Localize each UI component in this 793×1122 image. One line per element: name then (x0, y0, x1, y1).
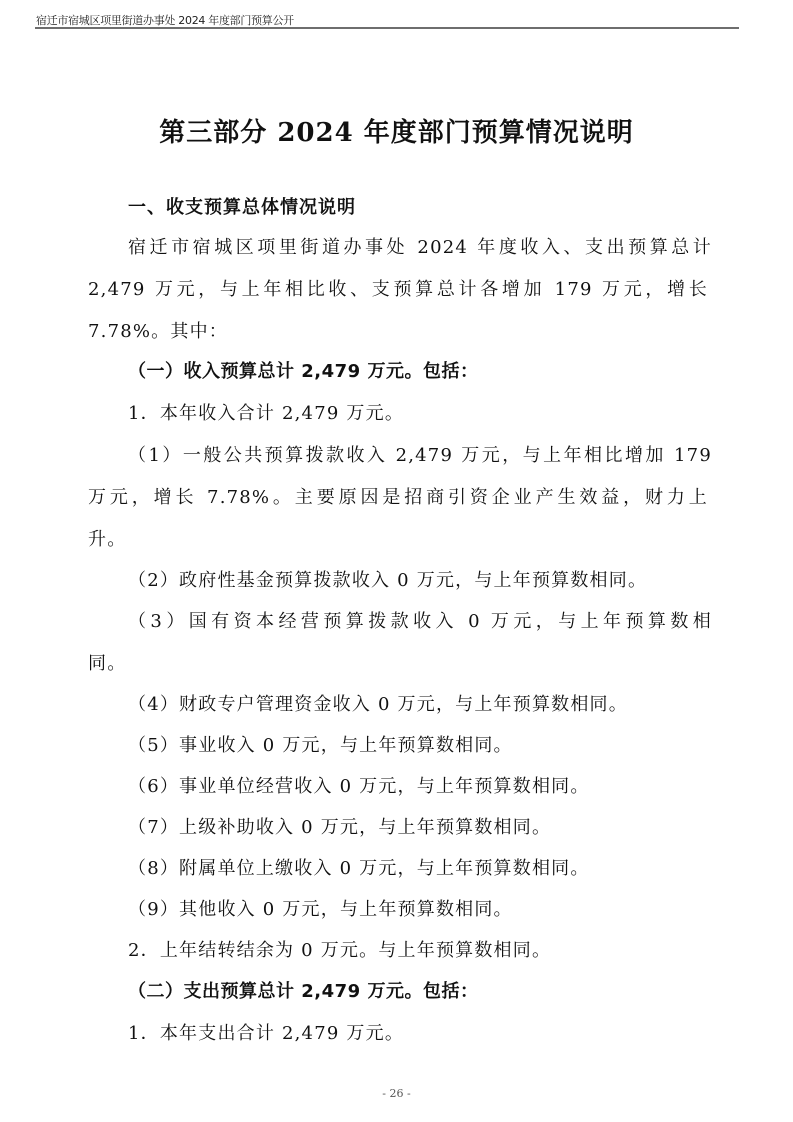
income-item-1: 1．本年收入合计 2,479 万元。 (128, 399, 404, 425)
income-sub-1-line-3: 升。 (88, 525, 126, 551)
income-sub-6: （6）事业单位经营收入 0 万元，与上年预算数相同。 (128, 772, 590, 798)
income-sub-9: （9）其他收入 0 万元，与上年预算数相同。 (128, 895, 513, 921)
intro-line-3: 7.78%。其中： (88, 317, 228, 343)
page-number: - 26 - (0, 1087, 793, 1100)
page-title: 第三部分 2024 年度部门预算情况说明 (0, 112, 793, 149)
income-sub-1-line-1: （1）一般公共预算拨款收入 2,479 万元，与上年相比增加 179 (128, 441, 712, 467)
income-sub-5: （5）事业收入 0 万元，与上年预算数相同。 (128, 731, 513, 757)
income-sub-1-line-2: 万元，增长 7.78%。主要原因是招商引资企业产生效益，财力上 (88, 483, 708, 509)
header-rule (35, 27, 739, 29)
expenditure-heading: （二）支出预算总计 2,479 万元。包括： (128, 977, 478, 1003)
running-header: 宿迁市宿城区项里街道办事处 2024 年度部门预算公开 (36, 12, 294, 28)
intro-line-1: 宿迁市宿城区项里街道办事处 2024 年度收入、支出预算总计 (128, 233, 712, 259)
income-sub-2: （2）政府性基金预算拨款收入 0 万元，与上年预算数相同。 (128, 566, 647, 592)
income-sub-3-line-2: 同。 (88, 649, 126, 675)
income-heading: （一）收入预算总计 2,479 万元。包括： (128, 357, 478, 383)
income-sub-8: （8）附属单位上缴收入 0 万元，与上年预算数相同。 (128, 854, 590, 880)
expenditure-item-1: 1．本年支出合计 2,479 万元。 (128, 1019, 404, 1045)
income-sub-3-line-1: （3）国有资本经营预算拨款收入 0 万元，与上年预算数相 (128, 607, 712, 633)
income-item-2: 2．上年结转结余为 0 万元。与上年预算数相同。 (128, 936, 551, 962)
income-sub-4: （4）财政专户管理资金收入 0 万元，与上年预算数相同。 (128, 690, 628, 716)
section-heading: 一、收支预算总体情况说明 (128, 193, 356, 219)
intro-line-2: 2,479 万元，与上年相比收、支预算总计各增加 179 万元，增长 (88, 275, 708, 301)
income-sub-7: （7）上级补助收入 0 万元，与上年预算数相同。 (128, 813, 551, 839)
